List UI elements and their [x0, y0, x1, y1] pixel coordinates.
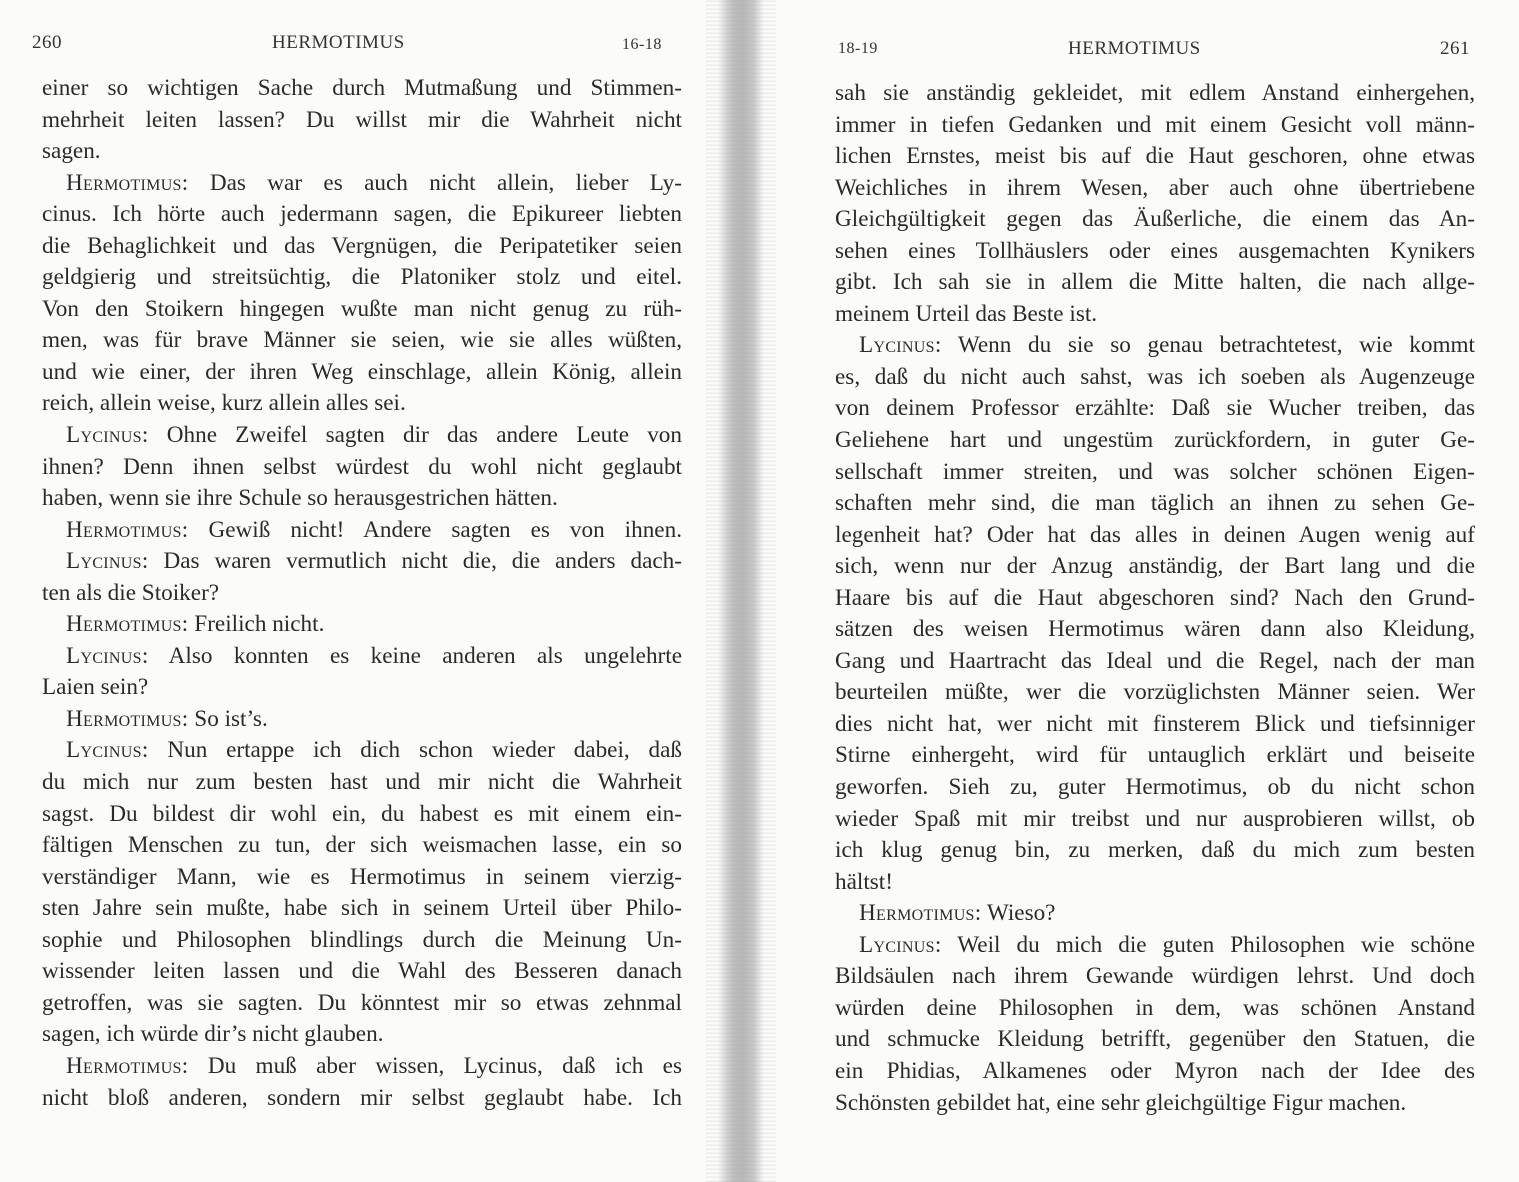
line-text: sellschaft immer streiten, und was solch…	[835, 459, 1475, 485]
line-text: Das waren vermutlich nicht die, die ande…	[149, 548, 682, 574]
text-line: beurteilen müßte, wer die vorzüglichsten…	[835, 677, 1475, 709]
line-text: mehrheit leiten lassen? Du willst mir di…	[42, 107, 682, 133]
line-text: wieder Spaß mit mir treibst und nur ausp…	[835, 806, 1475, 832]
line-text: verständiger Mann, wie es Hermotimus in …	[42, 864, 682, 890]
text-line: geldgierig und streitsüchtig, die Platon…	[42, 262, 682, 294]
speaker-name: Lycinus:	[859, 932, 942, 958]
text-line: Lycinus: Weil du mich die guten Philosop…	[835, 930, 1475, 962]
text-line: Haare bis auf die Haut abgeschoren sind?…	[835, 583, 1475, 615]
text-line: hältst!	[835, 867, 1475, 899]
text-line: Lycinus: Wenn du sie so genau betrachtet…	[835, 330, 1475, 362]
line-text: nicht bloß anderen, sondern mir selbst g…	[42, 1085, 682, 1111]
line-text: sagen, ich würde dir’s nicht glauben.	[42, 1021, 384, 1047]
running-title: HERMOTIMUS	[272, 32, 405, 54]
line-text: Gewiß nicht! Andere sagten es von ihnen.	[189, 517, 683, 543]
text-line: du mich nur zum besten hast und mir nich…	[42, 767, 682, 799]
text-line: Lycinus: Ohne Zweifel sagten dir das and…	[42, 420, 682, 452]
line-text: Nun ertappe ich dich schon wieder dabei,…	[149, 737, 682, 763]
line-text: sätzen des weisen Hermotimus wären dann …	[835, 616, 1475, 642]
text-line: meinem Urteil das Beste ist.	[835, 299, 1475, 331]
page-number: 261	[1440, 38, 1470, 60]
text-line: men, was für brave Männer sie seien, wie…	[42, 325, 682, 357]
speaker-name: Hermotimus:	[66, 170, 189, 196]
line-text: sagen.	[42, 138, 101, 164]
text-line: lichen Ernstes, meist bis auf die Haut g…	[835, 141, 1475, 173]
line-text: dies nicht hat, wer nicht mit finsterem …	[835, 711, 1475, 737]
text-line: ich klug genug bin, zu merken, daß du mi…	[835, 835, 1475, 867]
text-line: schaften mehr sind, die man täglich an i…	[835, 488, 1475, 520]
text-line: sagen, ich würde dir’s nicht glauben.	[42, 1019, 682, 1051]
line-text: von deinem Professor erzählte: Daß sie W…	[835, 395, 1475, 421]
text-line: Lycinus: Das waren vermutlich nicht die,…	[42, 546, 682, 578]
line-text: Weichliches in ihrem Wesen, aber auch oh…	[835, 175, 1475, 201]
text-line: fältigen Menschen zu tun, der sich weism…	[42, 830, 682, 862]
speaker-name: Hermotimus:	[66, 611, 189, 637]
line-text: Freilich nicht.	[189, 611, 325, 637]
text-line: gibt. Ich sah sie in allem die Mitte hal…	[835, 267, 1475, 299]
text-line: Gang und Haartracht das Ideal und die Re…	[835, 646, 1475, 678]
text-line: Weichliches in ihrem Wesen, aber auch oh…	[835, 173, 1475, 205]
line-text: Wenn du sie so genau betrachtetest, wie …	[942, 332, 1475, 358]
line-text: Geliehene hart und ungestüm zurückforder…	[835, 427, 1475, 453]
right-page: 18-19 HERMOTIMUS 261 sah sie anständig g…	[762, 0, 1519, 1182]
text-line: haben, wenn sie ihre Schule so herausges…	[42, 483, 682, 515]
line-text: geldgierig und streitsüchtig, die Platon…	[42, 264, 682, 290]
text-line: getroffen, was sie sagten. Du könntest m…	[42, 988, 682, 1020]
text-line: Gleichgültigkeit gegen das Äußerliche, d…	[835, 204, 1475, 236]
left-page: 260 HERMOTIMUS 16-18 einer so wichtigen …	[0, 0, 720, 1182]
line-text: haben, wenn sie ihre Schule so herausges…	[42, 485, 558, 511]
text-line: Schönsten gebildet hat, eine sehr gleich…	[835, 1088, 1475, 1120]
text-line: verständiger Mann, wie es Hermotimus in …	[42, 862, 682, 894]
speaker-name: Lycinus:	[66, 737, 149, 763]
line-text: lichen Ernstes, meist bis auf die Haut g…	[835, 143, 1475, 169]
text-line: geworfen. Sieh zu, guter Hermotimus, ob …	[835, 772, 1475, 804]
line-text: du mich nur zum besten hast und mir nich…	[42, 769, 682, 795]
text-line: sellschaft immer streiten, und was solch…	[835, 457, 1475, 489]
line-text: getroffen, was sie sagten. Du könntest m…	[42, 990, 682, 1016]
line-text: sagst. Du bildest dir wohl ein, du habes…	[42, 801, 682, 827]
running-title: HERMOTIMUS	[1068, 38, 1201, 60]
line-text: sich, wenn nur der Anzug anständig, der …	[835, 553, 1475, 579]
text-line: Hermotimus: Gewiß nicht! Andere sagten e…	[42, 515, 682, 547]
line-text: es, daß du nicht auch sahst, was ich soe…	[835, 364, 1475, 390]
line-text: Weil du mich die guten Philosophen wie s…	[942, 932, 1475, 958]
line-text: beurteilen müßte, wer die vorzüglichsten…	[835, 679, 1475, 705]
line-text: legenheit hat? Oder hat das alles in dei…	[835, 522, 1475, 548]
speaker-name: Hermotimus:	[66, 517, 189, 543]
line-text: cinus. Ich hörte auch jedermann sagen, d…	[42, 201, 682, 227]
text-line: würden deine Philosophen in dem, was sch…	[835, 993, 1475, 1025]
speaker-name: Lycinus:	[66, 548, 149, 574]
text-line: sich, wenn nur der Anzug anständig, der …	[835, 551, 1475, 583]
text-line: nicht bloß anderen, sondern mir selbst g…	[42, 1083, 682, 1115]
line-text: hältst!	[835, 869, 893, 895]
text-line: sten Jahre sein mußte, habe sich in sein…	[42, 893, 682, 925]
line-text: Stirne einhergeht, wird für untauglich e…	[835, 742, 1475, 768]
line-text: men, was für brave Männer sie seien, wie…	[42, 327, 682, 353]
speaker-name: Hermotimus:	[66, 706, 189, 732]
body-text: einer so wichtigen Sache durch Mutmaßung…	[42, 73, 682, 1114]
line-text: Gang und Haartracht das Ideal und die Re…	[835, 648, 1475, 674]
text-line: ihnen? Denn ihnen selbst würdest du wohl…	[42, 452, 682, 484]
text-line: und schmucke Kleidung betrifft, gegenübe…	[835, 1024, 1475, 1056]
line-text: ich klug genug bin, zu merken, daß du mi…	[835, 837, 1475, 863]
line-text: Wieso?	[982, 900, 1056, 926]
text-line: die Behaglichkeit und das Vergnügen, die…	[42, 231, 682, 263]
line-text: Schönsten gebildet hat, eine sehr gleich…	[835, 1090, 1406, 1116]
line-text: gibt. Ich sah sie in allem die Mitte hal…	[835, 269, 1475, 295]
line-text: wissender leiten lassen und die Wahl des…	[42, 958, 682, 984]
speaker-name: Lycinus:	[66, 422, 149, 448]
line-text: ten als die Stoiker?	[42, 580, 219, 606]
text-line: sagst. Du bildest dir wohl ein, du habes…	[42, 799, 682, 831]
line-text: schaften mehr sind, die man täglich an i…	[835, 490, 1475, 516]
text-line: wieder Spaß mit mir treibst und nur ausp…	[835, 804, 1475, 836]
text-line: Hermotimus: Freilich nicht.	[42, 609, 682, 641]
line-text: Das war es auch nicht allein, lieber Ly-	[189, 170, 683, 196]
line-text: sah sie anständig gekleidet, mit edlem A…	[835, 80, 1475, 106]
speaker-name: Lycinus:	[859, 332, 942, 358]
page-number: 260	[32, 32, 62, 54]
line-text: die Behaglichkeit und das Vergnügen, die…	[42, 233, 682, 259]
text-line: ein Phidias, Alkamenes oder Myron nach d…	[835, 1056, 1475, 1088]
line-text: und wie einer, der ihren Weg einschlage,…	[42, 359, 682, 385]
text-line: wissender leiten lassen und die Wahl des…	[42, 956, 682, 988]
line-text: und schmucke Kleidung betrifft, gegenübe…	[835, 1026, 1475, 1052]
line-text: ihnen? Denn ihnen selbst würdest du wohl…	[42, 454, 682, 480]
text-line: es, daß du nicht auch sahst, was ich soe…	[835, 362, 1475, 394]
line-text: immer in tiefen Gedanken und mit einem G…	[835, 112, 1475, 138]
line-text: sehen eines Tollhäuslers oder eines ausg…	[835, 238, 1475, 264]
section-range: 16-18	[622, 36, 662, 54]
line-text: Von den Stoikern hingegen wußte man nich…	[42, 296, 682, 322]
text-line: Lycinus: Also konnten es keine anderen a…	[42, 641, 682, 673]
text-line: von deinem Professor erzählte: Daß sie W…	[835, 393, 1475, 425]
text-line: cinus. Ich hörte auch jedermann sagen, d…	[42, 199, 682, 231]
text-line: Geliehene hart und ungestüm zurückforder…	[835, 425, 1475, 457]
text-line: Von den Stoikern hingegen wußte man nich…	[42, 294, 682, 326]
text-line: immer in tiefen Gedanken und mit einem G…	[835, 110, 1475, 142]
text-line: ten als die Stoiker?	[42, 578, 682, 610]
line-text: fältigen Menschen zu tun, der sich weism…	[42, 832, 682, 858]
line-text: geworfen. Sieh zu, guter Hermotimus, ob …	[835, 774, 1475, 800]
text-line: sehen eines Tollhäuslers oder eines ausg…	[835, 236, 1475, 268]
line-text: sophie und Philosophen blindlings durch …	[42, 927, 682, 953]
section-range: 18-19	[838, 40, 878, 58]
line-text: Bildsäulen nach ihrem Gewande würdigen l…	[835, 963, 1475, 989]
book-spread: 260 HERMOTIMUS 16-18 einer so wichtigen …	[0, 0, 1519, 1182]
line-text: Laien sein?	[42, 674, 148, 700]
text-line: Hermotimus: Wieso?	[835, 898, 1475, 930]
line-text: Du muß aber wissen, Lycinus, daß ich es	[189, 1053, 683, 1079]
line-text: ein Phidias, Alkamenes oder Myron nach d…	[835, 1058, 1475, 1084]
text-line: Hermotimus: Das war es auch nicht allein…	[42, 168, 682, 200]
line-text: So ist’s.	[189, 706, 268, 732]
line-text: Haare bis auf die Haut abgeschoren sind?…	[835, 585, 1475, 611]
text-line: dies nicht hat, wer nicht mit finsterem …	[835, 709, 1475, 741]
text-line: sah sie anständig gekleidet, mit edlem A…	[835, 78, 1475, 110]
speaker-name: Lycinus:	[66, 643, 149, 669]
speaker-name: Hermotimus:	[66, 1053, 189, 1079]
body-text: sah sie anständig gekleidet, mit edlem A…	[835, 78, 1475, 1119]
text-line: legenheit hat? Oder hat das alles in dei…	[835, 520, 1475, 552]
text-line: Hermotimus: Du muß aber wissen, Lycinus,…	[42, 1051, 682, 1083]
line-text: Ohne Zweifel sagten dir das andere Leute…	[149, 422, 682, 448]
text-line: reich, allein weise, kurz allein alles s…	[42, 388, 682, 420]
text-line: sagen.	[42, 136, 682, 168]
text-line: Bildsäulen nach ihrem Gewande würdigen l…	[835, 961, 1475, 993]
text-line: Lycinus: Nun ertappe ich dich schon wied…	[42, 735, 682, 767]
line-text: Gleichgültigkeit gegen das Äußerliche, d…	[835, 206, 1475, 232]
line-text: meinem Urteil das Beste ist.	[835, 301, 1097, 327]
text-line: mehrheit leiten lassen? Du willst mir di…	[42, 105, 682, 137]
text-line: sophie und Philosophen blindlings durch …	[42, 925, 682, 957]
line-text: würden deine Philosophen in dem, was sch…	[835, 995, 1475, 1021]
speaker-name: Hermotimus:	[859, 900, 982, 926]
line-text: einer so wichtigen Sache durch Mutmaßung…	[42, 75, 682, 101]
line-text: reich, allein weise, kurz allein alles s…	[42, 390, 406, 416]
text-line: Laien sein?	[42, 672, 682, 704]
text-line: Stirne einhergeht, wird für untauglich e…	[835, 740, 1475, 772]
line-text: sten Jahre sein mußte, habe sich in sein…	[42, 895, 682, 921]
line-text: Also konnten es keine anderen als ungele…	[149, 643, 682, 669]
text-line: einer so wichtigen Sache durch Mutmaßung…	[42, 73, 682, 105]
text-line: und wie einer, der ihren Weg einschlage,…	[42, 357, 682, 389]
text-line: Hermotimus: So ist’s.	[42, 704, 682, 736]
text-line: sätzen des weisen Hermotimus wären dann …	[835, 614, 1475, 646]
